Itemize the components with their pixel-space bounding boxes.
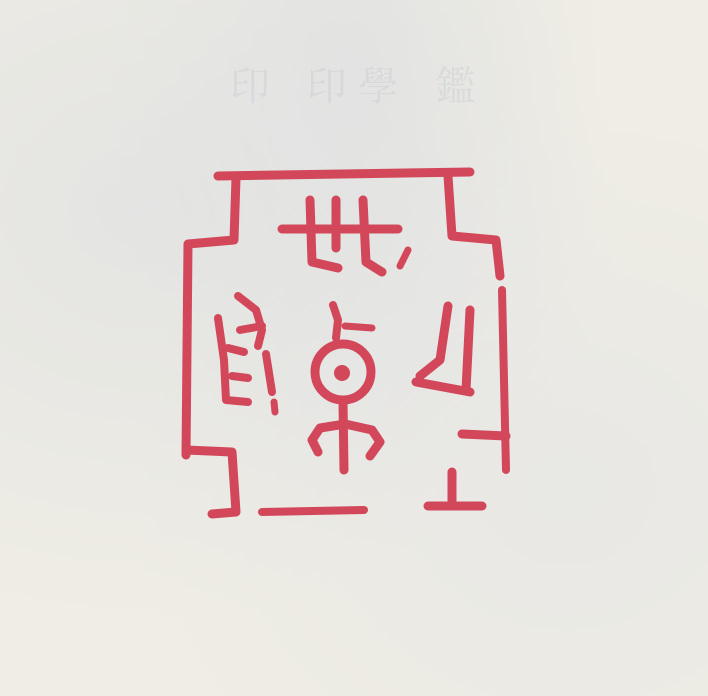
seal-border-bottom-left: [186, 450, 236, 514]
char-zhang: [312, 305, 380, 470]
char-yin: [218, 296, 275, 412]
paper-background: 印 印學 鑑: [0, 0, 708, 696]
seal-impression: [0, 0, 708, 696]
seal-border-top-right: [448, 176, 500, 276]
seal-border-bottom-right: [462, 434, 506, 436]
seal-border-right: [502, 290, 506, 470]
char-shi: [282, 200, 408, 272]
seal-border-bottom-right-mark: [428, 472, 482, 506]
char-shan: [416, 306, 470, 392]
seal-border-top: [218, 172, 470, 176]
seal-border-bottom: [262, 510, 364, 512]
seal-border-top-left: [186, 178, 236, 455]
